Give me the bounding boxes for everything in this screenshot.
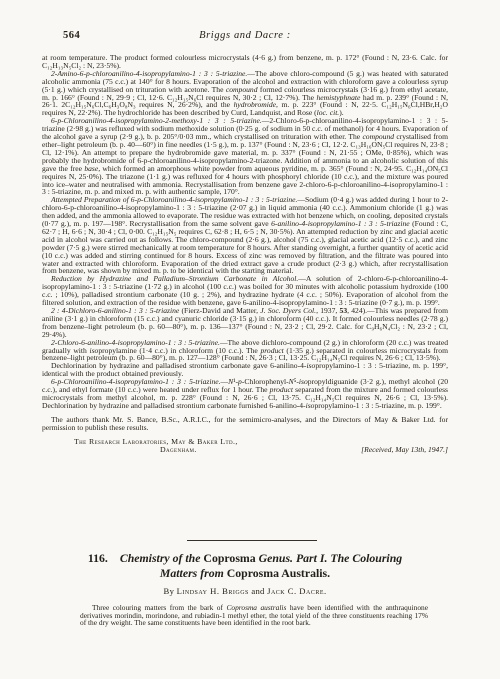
affiliation-city: Dagenham.	[160, 446, 197, 454]
page-number: 564	[63, 30, 80, 41]
article-title-line2: Matters from Coprosma Australis.	[42, 566, 448, 581]
acknowledgement: The authors thank Mr. S. Bance, B.Sc., A…	[42, 416, 448, 432]
paragraph-methoxy-triazine: 6-p-Chloroanilino-4-isopropylamino-2-met…	[42, 117, 448, 196]
received-date: [Received, May 13th, 1947.]	[361, 446, 448, 454]
paragraph-amino-chloroanilino-triazine: 2-Amino-6-p-chloroanilino-4-isopropylami…	[42, 70, 448, 117]
paragraph-reduction-hydrazine: Reduction by Hydrazine and Palladium–Str…	[42, 275, 448, 307]
article-separator-rule	[187, 540, 317, 541]
paragraph-product-microcrystals: at room temperature. The product formed …	[42, 54, 448, 70]
paragraph-attempted-preparation: Attempted Preparation of 6-p-Chloroanili…	[42, 196, 448, 275]
new-article-head: 116.Chemistry of the Coprosma Genus. Par…	[42, 551, 448, 627]
article-title: 116.Chemistry of the Coprosma Genus. Par…	[42, 551, 448, 580]
paragraph-dechlorination: Dechlorination by hydrazine and palladis…	[42, 362, 448, 378]
running-title: Briggs and Dacre :	[42, 30, 448, 41]
article-number: 116.	[88, 551, 108, 565]
article-title-text-1: Chemistry of the Coprosma Genus. Part I.…	[120, 551, 402, 565]
affiliation-block: The Research Laboratories, May & Baker L…	[42, 438, 448, 454]
paragraph-chloro-anilino-isopropylamino: 2-Chloro-6-anilino-4-isopropylamino-1 : …	[42, 339, 448, 363]
article-title-line1: 116.Chemistry of the Coprosma Genus. Par…	[42, 551, 448, 566]
abstract: Three colouring matters from the bark of…	[80, 604, 428, 627]
byline: By Lindsay H. Briggs and Jack C. Dacre.	[42, 586, 448, 596]
article-end-text: at room temperature. The product formed …	[42, 54, 448, 532]
paragraph-chloroanilino-diguanide: 6-p-Chloroanilino-4-isopropylamino-1 : 3…	[42, 378, 448, 410]
paragraph-dichloro-anilino-triazine: 2 : 4-Dichloro-6-anilino-1 : 3 : 5-triaz…	[42, 307, 448, 339]
running-header: 564 Briggs and Dacre :	[42, 30, 448, 44]
journal-page: 564 Briggs and Dacre : at room temperatu…	[0, 0, 500, 679]
